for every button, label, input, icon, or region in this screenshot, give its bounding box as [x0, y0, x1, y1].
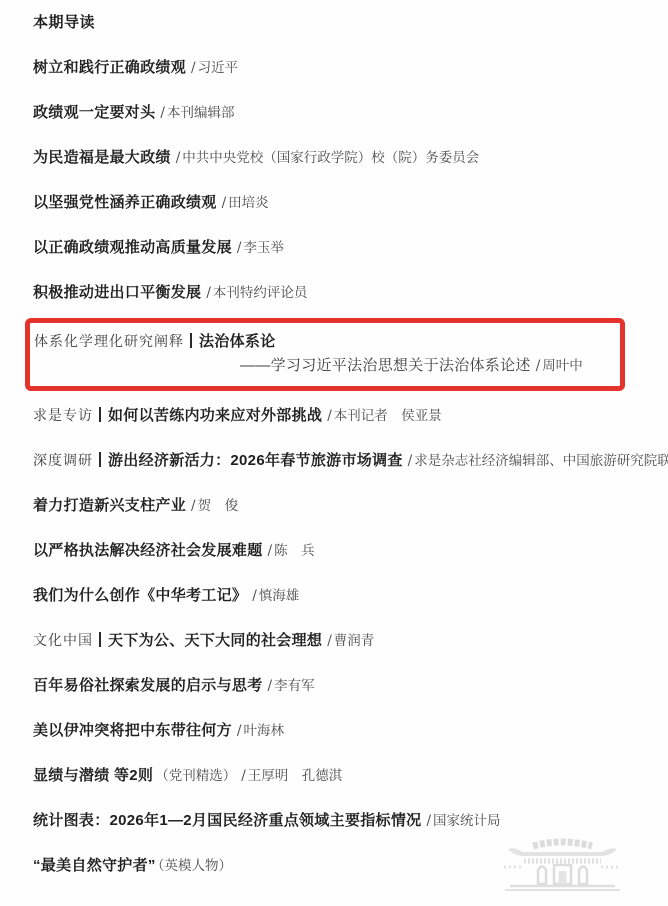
entry-title: “最美自然守护者” — [33, 857, 156, 874]
toc-entry: 文化中国天下为公、天下大同的社会理想/曹润青 — [33, 631, 668, 651]
entry-author: 李玉举 — [243, 240, 284, 256]
entry-title: 统计图表：2026年1—2月国民经济重点领域主要指标情况 — [33, 812, 421, 829]
gate-building-watermark-icon — [500, 834, 625, 894]
toc-entry: 美以伊冲突将把中东带往何方/叶海林 — [33, 721, 668, 741]
entry-author: 贺 俊 — [198, 498, 239, 514]
entry-note: （党刊精选） — [155, 768, 236, 784]
entry-author: 本刊编辑部 — [167, 105, 235, 121]
entry-note: （英模人物） — [158, 858, 232, 874]
toc-header: 本期导读 — [33, 13, 668, 33]
entry-author: 周叶中 — [542, 358, 583, 374]
entry-subtitle: ——学习习近平法治思想关于法治体系论述 — [240, 357, 531, 374]
entry-author: 本刊特约评论员 — [213, 285, 308, 301]
slash: / — [237, 723, 242, 739]
toc-entry: 显绩与潜绩 等2则（党刊精选）/王厚明 孔德淇 — [33, 766, 668, 786]
slash: / — [426, 813, 431, 829]
toc-entry: 树立和践行正确政绩观/习近平 — [33, 58, 668, 78]
entry-title: 百年易俗社探索发展的启示与思考 — [33, 677, 263, 694]
highlighted-entry-subtitle-line: ——学习习近平法治思想关于法治体系论述/周叶中 — [34, 356, 612, 376]
table-of-contents: 本期导读 树立和践行正确政绩观/习近平 政绩观一定要对头/本刊编辑部 为民造福是… — [0, 0, 668, 876]
section-divider — [99, 407, 101, 422]
slash: / — [222, 195, 227, 211]
slash: / — [191, 498, 196, 514]
toc-entry: 以严格执法解决经济社会发展难题/陈 兵 — [33, 541, 668, 561]
highlighted-entry-red-box: 体系化学理化研究阐释法治体系论 ——学习习近平法治思想关于法治体系论述/周叶中 — [25, 318, 625, 391]
slash: / — [191, 60, 196, 76]
entry-author: 国家统计局 — [433, 813, 501, 829]
entry-title: 为民造福是最大政绩 — [33, 149, 171, 166]
entry-title: 如何以苦练内功来应对外部挑战 — [108, 407, 322, 424]
magazine-toc-page: { "page": { "background_color": "#fefefe… — [0, 0, 668, 906]
toc-entry: 为民造福是最大政绩/中共中央党校（国家行政学院）校（院）务委员会 — [33, 148, 668, 168]
toc-entry: 统计图表：2026年1—2月国民经济重点领域主要指标情况/国家统计局 — [33, 811, 668, 831]
slash: / — [237, 240, 242, 256]
entry-title: 积极推动进出口平衡发展 — [33, 284, 201, 301]
toc-entry: 以正确政绩观推动高质量发展/李玉举 — [33, 238, 668, 258]
entry-title: 以正确政绩观推动高质量发展 — [33, 239, 232, 256]
toc-entry: 着力打造新兴支柱产业/贺 俊 — [33, 496, 668, 516]
entry-title: 美以伊冲突将把中东带往何方 — [33, 722, 232, 739]
entry-title: 树立和践行正确政绩观 — [33, 59, 186, 76]
slash: / — [268, 543, 273, 559]
toc-entry: 求是专访如何以苦练内功来应对外部挑战/本刊记者 侯亚景 — [33, 406, 668, 426]
toc-entry: 政绩观一定要对头/本刊编辑部 — [33, 103, 668, 123]
entry-author: 叶海林 — [243, 723, 284, 739]
entry-author: 陈 兵 — [274, 543, 315, 559]
section-label: 文化中国 — [33, 633, 93, 649]
section-divider — [190, 333, 192, 348]
toc-entry: 以坚强党性涵养正确政绩观/田培炎 — [33, 193, 668, 213]
entry-title: 天下为公、天下大同的社会理想 — [108, 632, 322, 649]
section-label: 体系化学理化研究阐释 — [34, 334, 184, 350]
entry-author: 中共中央党校（国家行政学院）校（院）务委员会 — [182, 150, 479, 166]
entry-author: 本刊记者 侯亚景 — [334, 408, 442, 424]
slash: / — [327, 633, 332, 649]
entry-title: 游出经济新活力：2026年春节旅游市场调查 — [108, 452, 403, 469]
section-divider — [99, 452, 101, 467]
slash: / — [268, 678, 273, 694]
entry-author: 王厚明 孔德淇 — [248, 768, 343, 784]
entry-title: 政绩观一定要对头 — [33, 104, 155, 121]
toc-entry: 积极推动进出口平衡发展/本刊特约评论员 — [33, 283, 668, 303]
toc-header-label: 本期导读 — [33, 14, 95, 31]
entry-title: 我们为什么创作《中华考工记》 — [33, 587, 247, 604]
entry-author: 习近平 — [198, 60, 239, 76]
entry-title: 显绩与潜绩 等2则 — [33, 767, 153, 784]
toc-entry: 百年易俗社探索发展的启示与思考/李有军 — [33, 676, 668, 696]
toc-entry: 我们为什么创作《中华考工记》/慎海雄 — [33, 586, 668, 606]
slash: / — [176, 150, 181, 166]
slash: / — [160, 105, 165, 121]
slash: / — [206, 285, 211, 301]
entry-title: 法治体系论 — [199, 333, 276, 350]
slash: / — [252, 588, 257, 604]
section-label: 求是专访 — [33, 408, 93, 424]
section-label: 深度调研 — [33, 453, 93, 469]
highlighted-entry-title-line: 体系化学理化研究阐释法治体系论 — [34, 332, 612, 352]
entry-author: 田培炎 — [228, 195, 269, 211]
entry-author: 求是杂志社经济编辑部、中国旅游研究院联合课题组 — [414, 453, 668, 469]
entry-author: 李有军 — [274, 678, 315, 694]
section-divider — [99, 632, 101, 647]
slash: / — [536, 358, 541, 374]
slash: / — [327, 408, 332, 424]
entry-title: 着力打造新兴支柱产业 — [33, 497, 186, 514]
entry-author: 慎海雄 — [259, 588, 300, 604]
entry-author: 曹润青 — [334, 633, 375, 649]
toc-entry: 深度调研游出经济新活力：2026年春节旅游市场调查/求是杂志社经济编辑部、中国旅… — [33, 451, 668, 471]
entry-title: 以严格执法解决经济社会发展难题 — [33, 542, 263, 559]
slash: / — [241, 768, 246, 784]
slash: / — [408, 453, 413, 469]
entry-title: 以坚强党性涵养正确政绩观 — [33, 194, 217, 211]
